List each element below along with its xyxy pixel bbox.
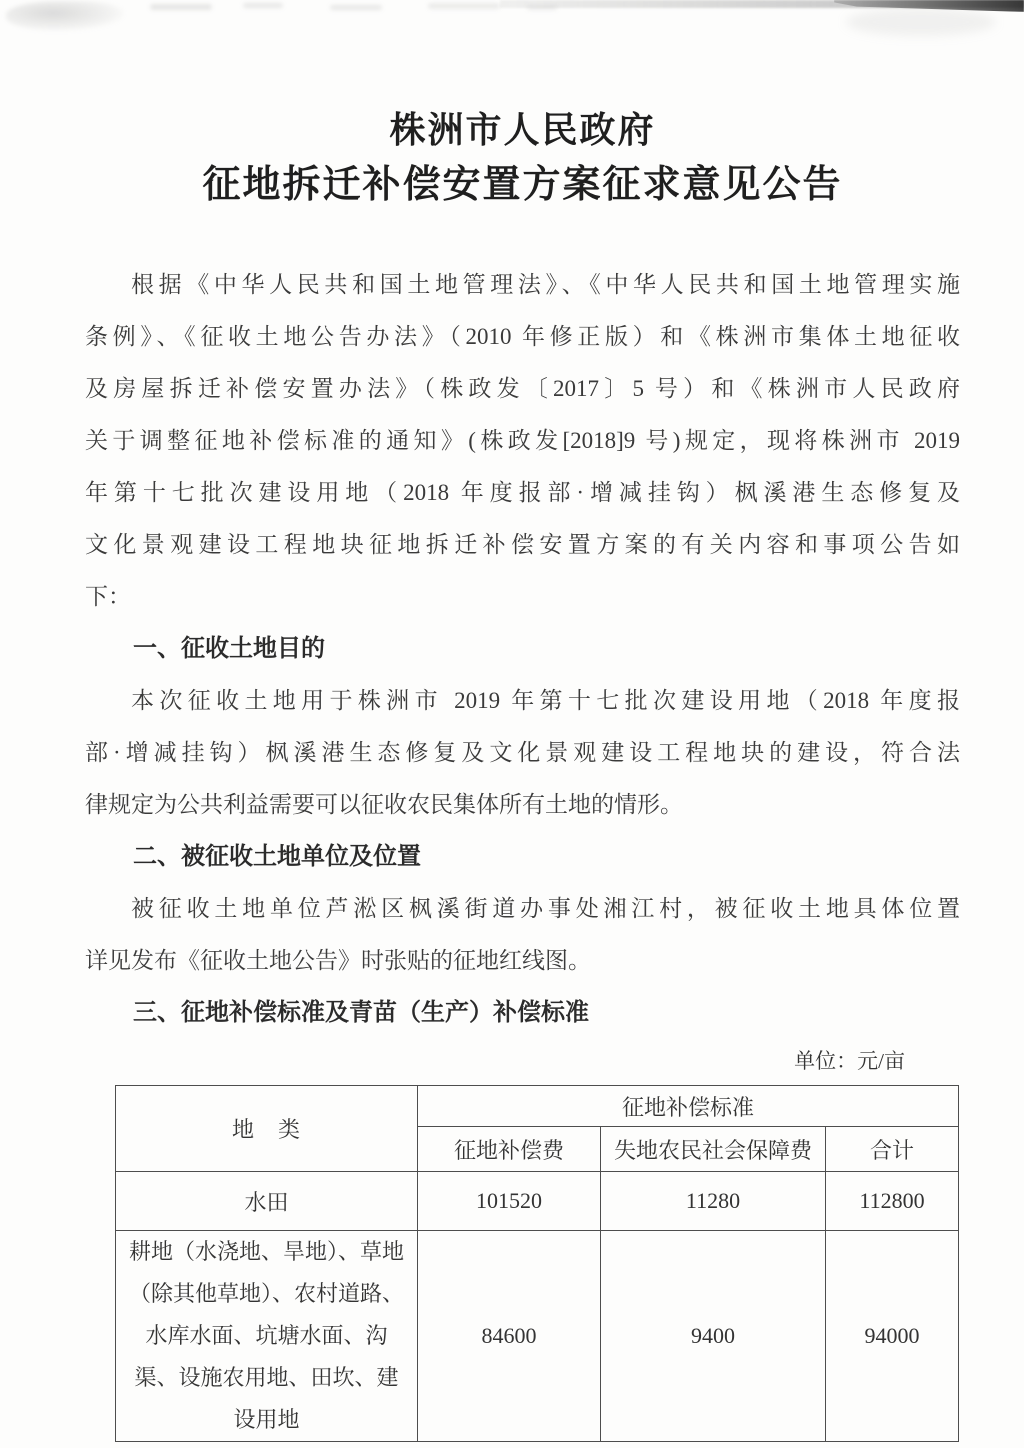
cell-land-type: 水田	[116, 1172, 418, 1231]
section-heading-2: 二、被征收土地单位及位置	[85, 831, 960, 883]
paragraph-line: 年第十七批次建设用地（2018 年度报部·增减挂钩）枫溪港生态修复及	[85, 467, 960, 519]
cell-land-type: 耕地（水浇地、旱地）、草地（除其他草地）、农村道路、水库水面、坑塘水面、沟渠、设…	[116, 1231, 418, 1442]
table-header-row-group: 地 类 征地补偿标准	[116, 1086, 959, 1127]
scan-mark	[527, 6, 557, 10]
document-body: 根据《中华人民共和国土地管理法》、《中华人民共和国土地管理实施 条例》、《征收土…	[85, 259, 960, 1039]
paragraph-line: 文化景观建设工程地块征地拆迁补偿安置方案的有关内容和事项公告如	[85, 519, 960, 571]
document-title-line2: 征地拆迁补偿安置方案征求意见公告	[85, 156, 960, 214]
scan-mark	[243, 3, 283, 8]
table-header-group: 征地补偿标准	[418, 1086, 959, 1127]
scanned-document-page: 株洲市人民政府 征地拆迁补偿安置方案征求意见公告 根据《中华人民共和国土地管理法…	[0, 0, 1024, 1448]
cell-total: 112800	[826, 1172, 959, 1231]
cell-social-security: 9400	[601, 1231, 826, 1442]
table-header-land-type: 地 类	[116, 1086, 418, 1172]
cell-compensation: 84600	[418, 1231, 601, 1442]
cell-social-security: 11280	[601, 1172, 826, 1231]
paragraph-line: 律规定为公共利益需要可以征收农民集体所有土地的情形。	[85, 779, 960, 831]
paragraph-line: 及房屋拆迁补偿安置办法》（株政发〔2017〕5 号）和《株洲市人民政府	[85, 363, 960, 415]
paragraph-line: 被征收土地单位芦淞区枫溪街道办事处湘江村，被征收土地具体位置	[85, 883, 960, 935]
scan-streak-top-right	[834, 0, 1024, 12]
section-heading-3: 三、征地补偿标准及青苗（生产）补偿标准	[85, 987, 960, 1039]
table-row: 水田 101520 11280 112800	[116, 1172, 959, 1231]
section-heading-1: 一、征收土地目的	[85, 623, 960, 675]
paragraph-line: 详见发布《征收土地公告》时张贴的征地红线图。	[85, 935, 960, 987]
scan-band-top-edge	[500, 0, 1024, 8]
paragraph-line: 关于调整征地补偿标准的通知》(株政发[2018]9 号)规定，现将株洲市 201…	[85, 415, 960, 467]
cell-compensation: 101520	[418, 1172, 601, 1231]
table-unit-note: 单位：元/亩	[85, 1039, 960, 1083]
scan-mark	[428, 3, 500, 9]
document-title-line1: 株洲市人民政府	[85, 104, 960, 156]
table-header-total: 合计	[826, 1127, 959, 1172]
scan-mark	[330, 5, 382, 10]
scan-mark	[150, 4, 212, 10]
paragraph-line: 根据《中华人民共和国土地管理法》、《中华人民共和国土地管理实施	[85, 259, 960, 311]
compensation-table: 地 类 征地补偿标准 征地补偿费 失地农民社会保障费 合计 水田 101520 …	[115, 1085, 959, 1442]
paragraph-line: 本次征收土地用于株洲市 2019 年第十七批次建设用地（2018 年度报	[85, 675, 960, 727]
scan-smudge-top-left	[6, 1, 124, 31]
table-header-compensation: 征地补偿费	[418, 1127, 601, 1172]
paragraph-line: 部·增减挂钩）枫溪港生态修复及文化景观建设工程地块的建设，符合法	[85, 727, 960, 779]
paragraph-line: 条例》、《征收土地公告办法》（2010 年修正版）和《株洲市集体土地征收	[85, 311, 960, 363]
cell-total: 94000	[826, 1231, 959, 1442]
scan-haze-top-right	[846, 8, 996, 36]
paragraph-line: 下：	[85, 571, 960, 623]
table-header-social-security: 失地农民社会保障费	[601, 1127, 826, 1172]
table-row: 耕地（水浇地、旱地）、草地（除其他草地）、农村道路、水库水面、坑塘水面、沟渠、设…	[116, 1231, 959, 1442]
document-content: 株洲市人民政府 征地拆迁补偿安置方案征求意见公告 根据《中华人民共和国土地管理法…	[0, 104, 1024, 1442]
